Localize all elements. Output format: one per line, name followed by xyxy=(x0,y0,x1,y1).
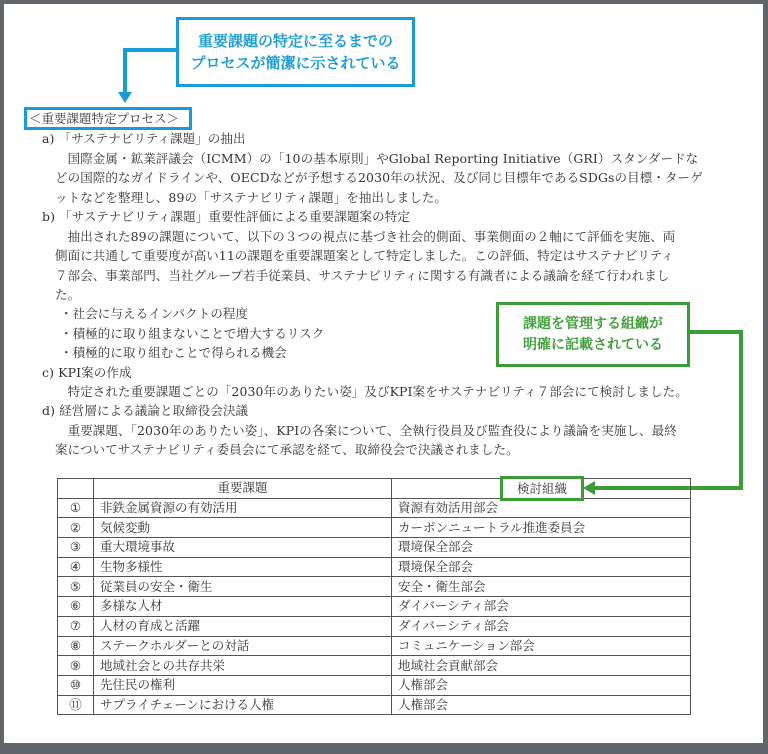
step-a-line: どの国際的なガイドラインや、OECDなどが予想する2030年の状況、及び同じ目標… xyxy=(55,168,703,188)
row-issue: 先住民の権利 xyxy=(94,675,392,695)
step-b-bullet: ・積極的に取り組まないことで増大するリスク xyxy=(60,324,324,344)
step-d-line: 案についてサステナビリティ委員会にて承認を経て、取締役会で決議されました。 xyxy=(55,440,519,460)
organization-header-highlight: 検討組織 xyxy=(500,476,584,501)
row-number: ⑤ xyxy=(58,577,94,597)
row-number: ⑨ xyxy=(58,656,94,676)
step-b-line: 側面に共通して重要度が高い11の課題を重要課題案として特定しました。この評価、特… xyxy=(55,246,674,266)
step-c-line: 特定された重要課題ごとの「2030年のありたい姿」及びKPI案をサステナビリティ… xyxy=(55,382,688,402)
table-row: ②気候変動カーボンニュートラル推進委員会 xyxy=(58,518,691,538)
row-issue: 気候変動 xyxy=(94,518,392,538)
row-organization: 人権部会 xyxy=(392,695,691,715)
row-organization: 人権部会 xyxy=(392,675,691,695)
step-b-heading: b) 「サステナビリティ課題」重要性評価による重要課題案の特定 xyxy=(42,207,410,227)
table-header-row: 重要課題 検討組織 xyxy=(58,479,691,499)
step-a-line: ットなどを整理し、89の「サステナビリティ課題」を抽出しました。 xyxy=(55,188,447,208)
table-row: ③重大環境事故環境保全部会 xyxy=(58,538,691,558)
step-a-line: 国際金属・鉱業評議会（ICMM）の「10の基本原則」やGlobal Report… xyxy=(55,149,698,169)
step-b-line: た。 xyxy=(55,285,80,305)
row-issue: 多様な人材 xyxy=(94,597,392,617)
table-row: ⑨地域社会との共存共栄地域社会貢献部会 xyxy=(58,656,691,676)
organization-callout-line1: 課題を管理する組織が xyxy=(499,314,687,335)
row-organization: 環境保全部会 xyxy=(392,538,691,558)
row-issue: 従業員の安全・衛生 xyxy=(94,577,392,597)
header-issue: 重要課題 xyxy=(94,479,392,499)
table-row: ⑦人材の育成と活躍ダイバーシティ部会 xyxy=(58,616,691,636)
row-number: ① xyxy=(58,498,94,518)
section-title: ＜重要課題特定プロセス＞ xyxy=(24,107,192,130)
header-number xyxy=(58,479,94,499)
table-row: ⑤従業員の安全・衛生安全・衛生部会 xyxy=(58,577,691,597)
row-number: ⑩ xyxy=(58,675,94,695)
row-issue: 人材の育成と活躍 xyxy=(94,616,392,636)
row-number: ⑦ xyxy=(58,616,94,636)
step-b-bullet: ・社会に与えるインパクトの程度 xyxy=(60,304,248,324)
row-organization: ダイバーシティ部会 xyxy=(392,597,691,617)
step-b-line: 抽出された89の課題について、以下の３つの視点に基づき社会的側面、事業側面の２軸… xyxy=(55,227,675,247)
step-b-line: ７部会、事業部門、当社グループ若手従業員、サステナビリティに関する有識者による議… xyxy=(55,266,669,286)
row-issue: 非鉄金属資源の有効活用 xyxy=(94,498,392,518)
row-organization: 環境保全部会 xyxy=(392,557,691,577)
process-callout-line1: 重要課題の特定に至るまでの xyxy=(179,30,412,52)
row-number: ② xyxy=(58,518,94,538)
row-organization: 地域社会貢献部会 xyxy=(392,656,691,676)
step-c-heading: c) KPI案の作成 xyxy=(42,363,132,383)
table-row: ⑩先住民の権利人権部会 xyxy=(58,675,691,695)
table-row: ④生物多様性環境保全部会 xyxy=(58,557,691,577)
arrow-left-icon xyxy=(583,481,595,495)
row-number: ⑧ xyxy=(58,636,94,656)
row-organization: コミュニケーション部会 xyxy=(392,636,691,656)
arrow-down-icon xyxy=(118,92,132,103)
row-organization: カーボンニュートラル推進委員会 xyxy=(392,518,691,538)
process-callout: 重要課題の特定に至るまでの プロセスが簡潔に示されている xyxy=(176,17,415,87)
row-organization: ダイバーシティ部会 xyxy=(392,616,691,636)
table-row: ①非鉄金属資源の有効活用資源有効活用部会 xyxy=(58,498,691,518)
table-row: ⑧ステークホルダーとの対話コミュニケーション部会 xyxy=(58,636,691,656)
step-a-heading: a) 「サステナビリティ課題」の抽出 xyxy=(42,129,246,149)
row-number: ④ xyxy=(58,557,94,577)
step-d-heading: d) 経営層による議論と取締役会決議 xyxy=(42,401,248,421)
material-issues-table: 重要課題 検討組織 ①非鉄金属資源の有効活用資源有効活用部会 ②気候変動カーボン… xyxy=(57,478,691,715)
table-row: ⑪サプライチェーンにおける人権人権部会 xyxy=(58,695,691,715)
row-issue: ステークホルダーとの対話 xyxy=(94,636,392,656)
organization-connector-horizontal-top xyxy=(687,330,743,334)
row-organization: 資源有効活用部会 xyxy=(392,498,691,518)
row-issue: 重大環境事故 xyxy=(94,538,392,558)
row-issue: 地域社会との共存共栄 xyxy=(94,656,392,676)
step-d-line: 重要課題、「2030年のありたい姿」、KPIの各案について、全執行役員及び監査役… xyxy=(55,421,677,441)
row-number: ⑥ xyxy=(58,597,94,617)
organization-connector-vertical xyxy=(739,330,743,490)
process-callout-line2: プロセスが簡潔に示されている xyxy=(179,52,412,74)
table-row: ⑥多様な人材ダイバーシティ部会 xyxy=(58,597,691,617)
row-issue: サプライチェーンにおける人権 xyxy=(94,695,392,715)
row-issue: 生物多様性 xyxy=(94,557,392,577)
organization-callout: 課題を管理する組織が 明確に記載されている xyxy=(496,302,690,367)
row-organization: 安全・衛生部会 xyxy=(392,577,691,597)
process-connector-horizontal xyxy=(123,48,179,52)
process-connector-vertical xyxy=(123,48,127,94)
row-number: ③ xyxy=(58,538,94,558)
organization-callout-line2: 明確に記載されている xyxy=(499,335,687,356)
row-number: ⑪ xyxy=(58,695,94,715)
step-b-bullet: ・積極的に取り組むことで得られる機会 xyxy=(60,343,287,363)
